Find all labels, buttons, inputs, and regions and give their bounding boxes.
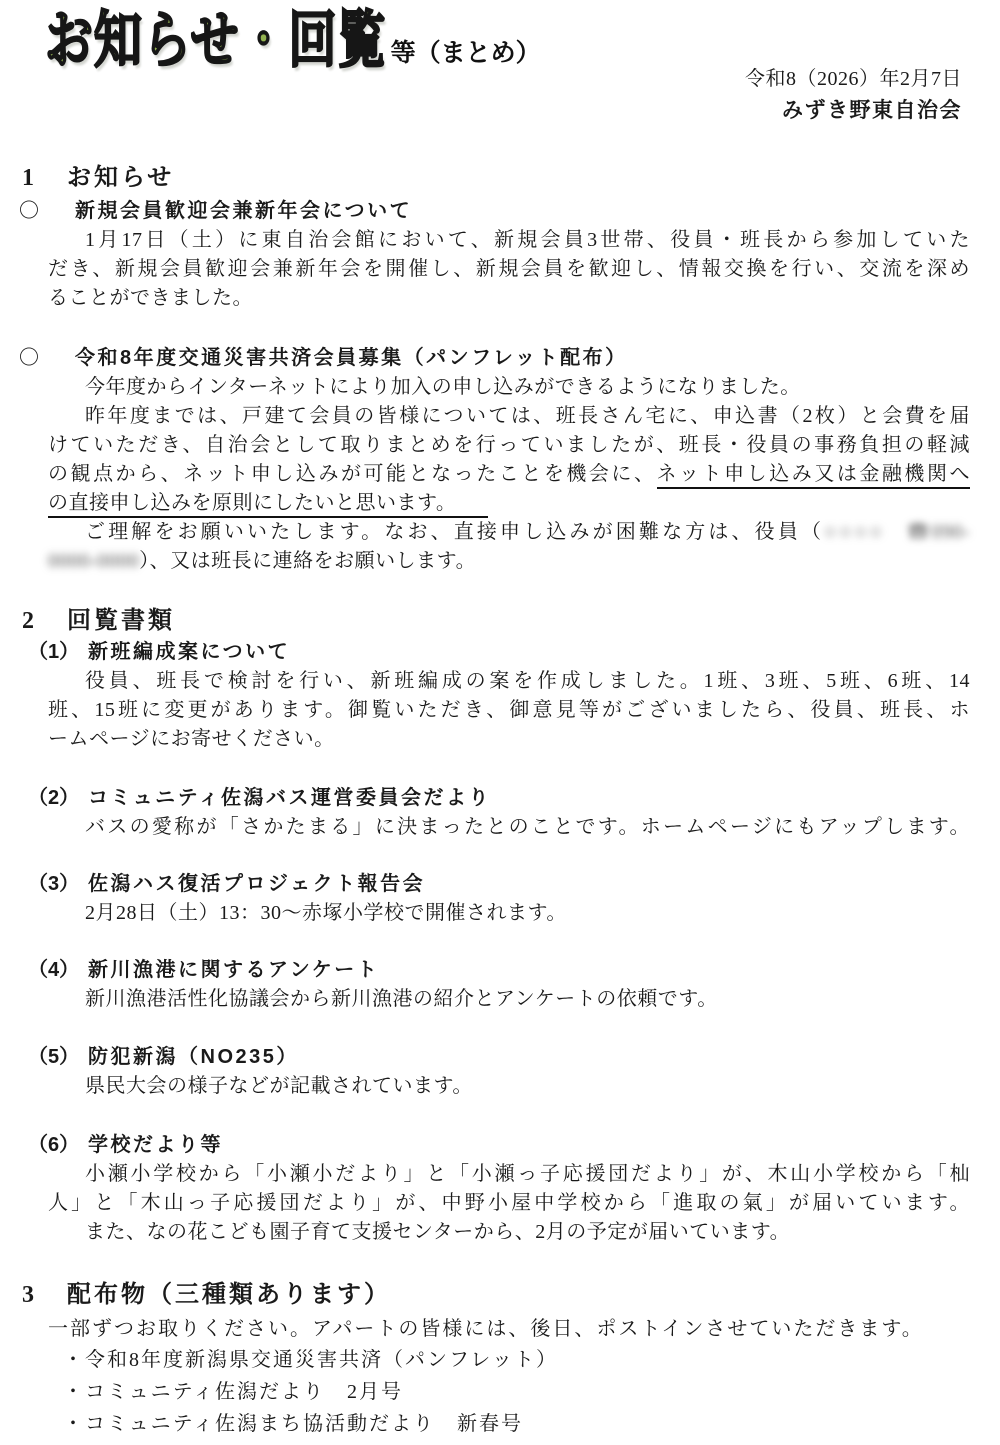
paragraph-line: 県民大会の様子などが記載されています。 (48, 1072, 970, 1101)
circular-item-6-heading: （6）学校だより等 (0, 1130, 1000, 1160)
paragraph-line: だき、新規会員歓迎会兼新年会を開催し、新規会員を歓迎し、情報交換を行い、交流を深… (48, 255, 970, 284)
paragraph-line: の観点から、ネット申し込みが可能となったことを機会に、ネット申し込み又は金融機関… (48, 460, 970, 489)
distribution-list-item: ・コミュニティ佐潟まち協活動だより 新春号 (63, 1408, 1000, 1440)
paragraph-line: 新川漁港活性化協議会から新川漁港の紹介とアンケートの依頼です。 (48, 985, 970, 1014)
section-2-heading: 2回覧書類 (0, 605, 1000, 637)
paragraph-text: ご理解をお願いいたします。なお、直接申し込みが困難な方は、役員（ (85, 521, 824, 543)
document-page: お知らせ・回覧等（まとめ） 令和8（2026）年2月7日 みずき野東自治会 1お… (0, 0, 1000, 1445)
circle-marker: 〇 (19, 196, 75, 226)
underlined-text: ネット申し込み又は金融機関へ (657, 463, 971, 489)
distribution-intro: 一部ずつお取りください。アパートの皆様には、後日、ポストインさせていただきます。 (48, 1314, 1000, 1344)
paragraph-line: 1月17日（土）に東自治会館において、新規会員3世帯、役員・班長から参加していた (48, 226, 970, 255)
section-3-title: 配布物（三種類あります） (67, 1281, 391, 1308)
underlined-text: の直接申し込みを原則にしたいと思います。 (48, 492, 488, 518)
paragraph-line: ることができました。 (48, 284, 970, 313)
paragraph-line: 今年度からインターネットにより加入の申し込みができるようになりました。 (48, 373, 970, 402)
paragraph-line: 2月28日（土）13：30～赤塚小学校で開催されます。 (48, 899, 970, 928)
notice-item-2-title: 令和8年度交通災害共済会員募集（パンフレット配布） (75, 347, 628, 369)
notice-item-1-title: 新規会員歓迎会兼新年会について (75, 200, 412, 222)
paragraph-line: バスの愛称が「さかたまる」に決まったとのことです。ホームページにもアップします。 (48, 813, 970, 842)
notice-item-2-heading: 〇令和8年度交通災害共済会員募集（パンフレット配布） (0, 343, 1000, 373)
section-2-title: 回覧書類 (67, 607, 175, 634)
title-suffix-text: 等（まとめ） (391, 33, 541, 69)
section-2-number: 2 (22, 605, 67, 637)
paragraph-line: 班、15班に変更があります。御覧いただき、御意見等がございましたら、役員、班長、… (48, 696, 970, 725)
paragraph-line: 人」と「木山っ子応援団だより」が、中野小屋中学校から「進取の氣」が届いています。 (48, 1189, 970, 1218)
item-number-label: （2） (28, 783, 88, 813)
issue-date: 令和8（2026）年2月7日 (745, 62, 962, 91)
paragraph-line: けていただき、自治会として取りまとめを行っていましたが、班長・役員の事務負担の軽… (48, 431, 970, 460)
circular-item-5-heading: （5）防犯新潟（NO235） (0, 1042, 1000, 1072)
paragraph-line: ームページにお寄せください。 (48, 725, 970, 754)
paragraph-line: 0000-0000）、又は班長に連絡をお願いします。 (48, 547, 970, 576)
paragraph-text: ）、又は班長に連絡をお願いします。 (139, 550, 476, 572)
section-3-number: 3 (22, 1279, 67, 1311)
distribution-list-item: ・コミュニティ佐潟だより 2月号 (63, 1376, 1000, 1408)
item-number-label: （5） (28, 1042, 88, 1072)
distribution-list-item: ・令和8年度新潟県交通災害共済（パンフレット） (63, 1344, 1000, 1376)
item-number-label: （4） (28, 955, 88, 985)
redacted-contact-info: ○○○○ ☎090- (824, 521, 970, 543)
paragraph-text: の観点から、ネット申し込みが可能となったことを機会に、 (48, 463, 657, 485)
title-decorative-text: お知らせ・回覧 (45, 11, 387, 72)
circular-item-1-heading: （1）新班編成案について (0, 637, 1000, 667)
paragraph-line: 昨年度までは、戸建て会員の皆様については、班長さん宅に、申込書（2枚）と会費を届 (48, 402, 970, 431)
paragraph-line: 役員、班長で検討を行い、新班編成の案を作成しました。1班、3班、5班、6班、14 (48, 667, 970, 696)
section-3-heading: 3配布物（三種類あります） (0, 1279, 1000, 1311)
item-number-label: （1） (28, 637, 88, 667)
circular-item-3-heading: （3）佐潟ハス復活プロジェクト報告会 (0, 869, 1000, 899)
circular-item-2-heading: （2）コミュニティ佐潟バス運営委員会だより (0, 783, 1000, 813)
redacted-phone-number: 0000-0000 (48, 550, 139, 572)
section-1-title: お知らせ (67, 164, 174, 191)
item-number-label: （6） (28, 1130, 88, 1160)
paragraph-line: 小瀬小学校から「小瀬小だより」と「小瀬っ子応援団だより」が、木山小学校から「杣 (48, 1160, 970, 1189)
section-1-heading: 1お知らせ (0, 162, 1000, 194)
circular-item-1-title: 新班編成案について (88, 641, 290, 663)
circular-item-2-title: コミュニティ佐潟バス運営委員会だより (88, 787, 491, 809)
organization-name: みずき野東自治会 (782, 94, 962, 124)
circular-item-4-title: 新川漁港に関するアンケート (88, 959, 379, 981)
paragraph-line: ご理解をお願いいたします。なお、直接申し込みが困難な方は、役員（○○○○ ☎09… (48, 518, 970, 547)
document-title: お知らせ・回覧等（まとめ） (45, 22, 541, 70)
document-header: お知らせ・回覧等（まとめ） 令和8（2026）年2月7日 みずき野東自治会 (0, 0, 1000, 147)
circular-item-4-heading: （4）新川漁港に関するアンケート (0, 955, 1000, 985)
circle-marker: 〇 (19, 343, 75, 373)
circular-item-3-title: 佐潟ハス復活プロジェクト報告会 (88, 873, 425, 895)
item-number-label: （3） (28, 869, 88, 899)
notice-item-1-heading: 〇新規会員歓迎会兼新年会について (0, 196, 1000, 226)
paragraph-line: また、なの花こども園子育て支援センターから、2月の予定が届いています。 (48, 1218, 970, 1247)
circular-item-6-title: 学校だより等 (88, 1134, 223, 1156)
section-1-number: 1 (22, 162, 67, 194)
paragraph-line: の直接申し込みを原則にしたいと思います。 (48, 489, 970, 518)
circular-item-5-title: 防犯新潟（NO235） (88, 1046, 299, 1068)
